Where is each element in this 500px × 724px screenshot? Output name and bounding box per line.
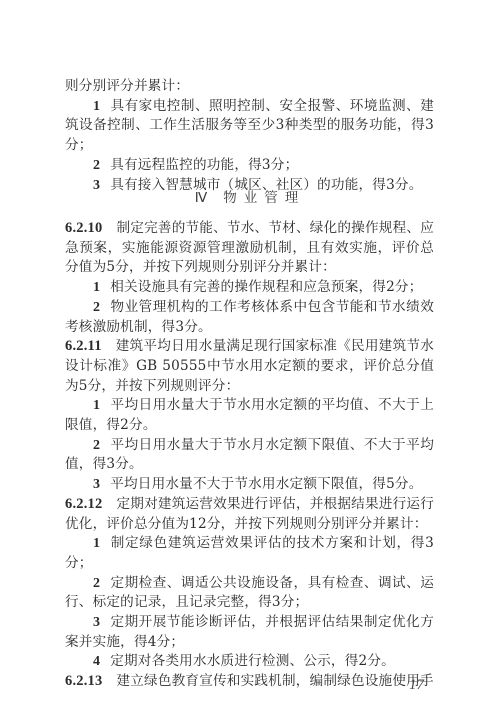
list-item: 1平均日用水量大于节水用水定额的平均值、不大于上限值，得2分。: [65, 396, 434, 435]
list-item: 1相关设施具有完善的操作规程和应急预案，得2分；: [65, 278, 434, 298]
list-item: 2平均日用水量大于节水月水定额下限值、不大于平均值，得3分。: [65, 436, 434, 475]
item-text: 平均日用水量大于节水用水定额的平均值、不大于上限值，得2分。: [65, 397, 434, 433]
clause-number: 6.2.11: [65, 338, 102, 354]
list-item: 2具有远程监控的功能，得3分；: [65, 156, 434, 176]
item-number: 2: [93, 300, 100, 315]
item-text: 定期对各类用水水质进行检测、公示，得2分。: [110, 653, 395, 669]
item-text: 物业管理机构的工作考核体系中包含节能和节水绩效考核激励机制，得3分。: [65, 299, 434, 335]
item-text: 具有远程监控的功能，得3分；: [110, 157, 298, 173]
clause-paragraph: 6.2.11建筑平均日用水量满足现行国家标准《民用建筑节水设计标准》GB 505…: [65, 337, 434, 396]
item-number: 1: [93, 280, 100, 295]
list-item: 2定期检查、调适公共设施设备，具有检查、调试、运行、标定的记录，且记录完整，得3…: [65, 574, 434, 613]
item-number: 2: [93, 438, 100, 453]
clause-text: 建立绿色教育宣传和实践机制，编制绿色设施使用手: [116, 673, 433, 689]
document-page: 则分别评分并累计： 1具有家电控制、照明控制、安全报警、环境监测、建筑设备控制、…: [0, 0, 500, 724]
clause-number: 6.2.13: [65, 673, 102, 689]
item-number: 3: [93, 477, 100, 492]
item-text: 平均日用水量大于节水月水定额下限值、不大于平均值，得3分。: [65, 437, 434, 473]
item-text: 定期检查、调适公共设施设备，具有检查、调试、运行、标定的记录，且记录完整，得3分…: [65, 575, 434, 611]
item-number: 2: [93, 158, 100, 173]
section-heading: Ⅳ物业管理: [0, 186, 500, 206]
clauses-block: 6.2.10制定完善的节能、节水、节材、绿化的操作规程、应急预案，实施能源资源管…: [65, 219, 434, 692]
list-item: 4定期对各类用水水质进行检测、公示，得2分。: [65, 652, 434, 672]
item-number: 4: [93, 654, 100, 669]
list-item: 2物业管理机构的工作考核体系中包含节能和节水绩效考核激励机制，得3分。: [65, 298, 434, 337]
clause-text: 制定完善的节能、节水、节材、绿化的操作规程、应急预案，实施能源资源管理激励机制，…: [65, 220, 434, 275]
clause-number: 6.2.10: [65, 220, 102, 236]
clause-paragraph: 6.2.10制定完善的节能、节水、节材、绿化的操作规程、应急预案，实施能源资源管…: [65, 219, 434, 278]
list-item: 1制定绿色建筑运营效果评估的技术方案和计划，得3分；: [65, 534, 434, 573]
item-number: 1: [93, 99, 100, 114]
list-item: 3定期开展节能诊断评估，并根据评估结果制定优化方案并实施，得4分；: [65, 613, 434, 652]
item-text: 具有家电控制、照明控制、安全报警、环境监测、建筑设备控制、工作生活服务等至少3种…: [65, 98, 434, 153]
section-title: 物业管理: [223, 190, 305, 206]
item-text: 相关设施具有完善的操作规程和应急预案，得2分；: [110, 279, 422, 295]
item-number: 1: [93, 536, 100, 551]
list-item: 1具有家电控制、照明控制、安全报警、环境监测、建筑设备控制、工作生活服务等至少3…: [65, 97, 434, 156]
list-item: 3平均日用水量不大于节水用水定额下限值，得5分。: [65, 475, 434, 495]
item-number: 1: [93, 398, 100, 413]
clause-paragraph: 6.2.12定期对建筑运营效果进行评估，并根据结果进行运行优化，评价总分值为12…: [65, 495, 434, 534]
continued-clause-block: 则分别评分并累计： 1具有家电控制、照明控制、安全报警、环境监测、建筑设备控制、…: [65, 77, 434, 195]
item-text: 制定绿色建筑运营效果评估的技术方案和计划，得3分；: [65, 535, 434, 571]
item-number: 3: [93, 615, 100, 630]
item-number: 2: [93, 576, 100, 591]
clause-number: 6.2.12: [65, 496, 102, 512]
section-roman-numeral: Ⅳ: [195, 190, 207, 205]
clause-text: 建筑平均日用水量满足现行国家标准《民用建筑节水设计标准》GB 50555中节水用…: [65, 338, 434, 393]
clause-text: 定期对建筑运营效果进行评估，并根据结果进行运行优化，评价总分值为12分，并按下列…: [65, 496, 434, 532]
item-text: 平均日用水量不大于节水用水定额下限值，得5分。: [110, 476, 422, 492]
clause-paragraph: 6.2.13建立绿色教育宣传和实践机制，编制绿色设施使用手: [65, 672, 434, 692]
page-number: 17: [409, 677, 424, 694]
item-text: 定期开展节能诊断评估，并根据评估结果制定优化方案并实施，得4分；: [65, 614, 434, 650]
paragraph-continuation: 则分别评分并累计：: [65, 77, 434, 97]
